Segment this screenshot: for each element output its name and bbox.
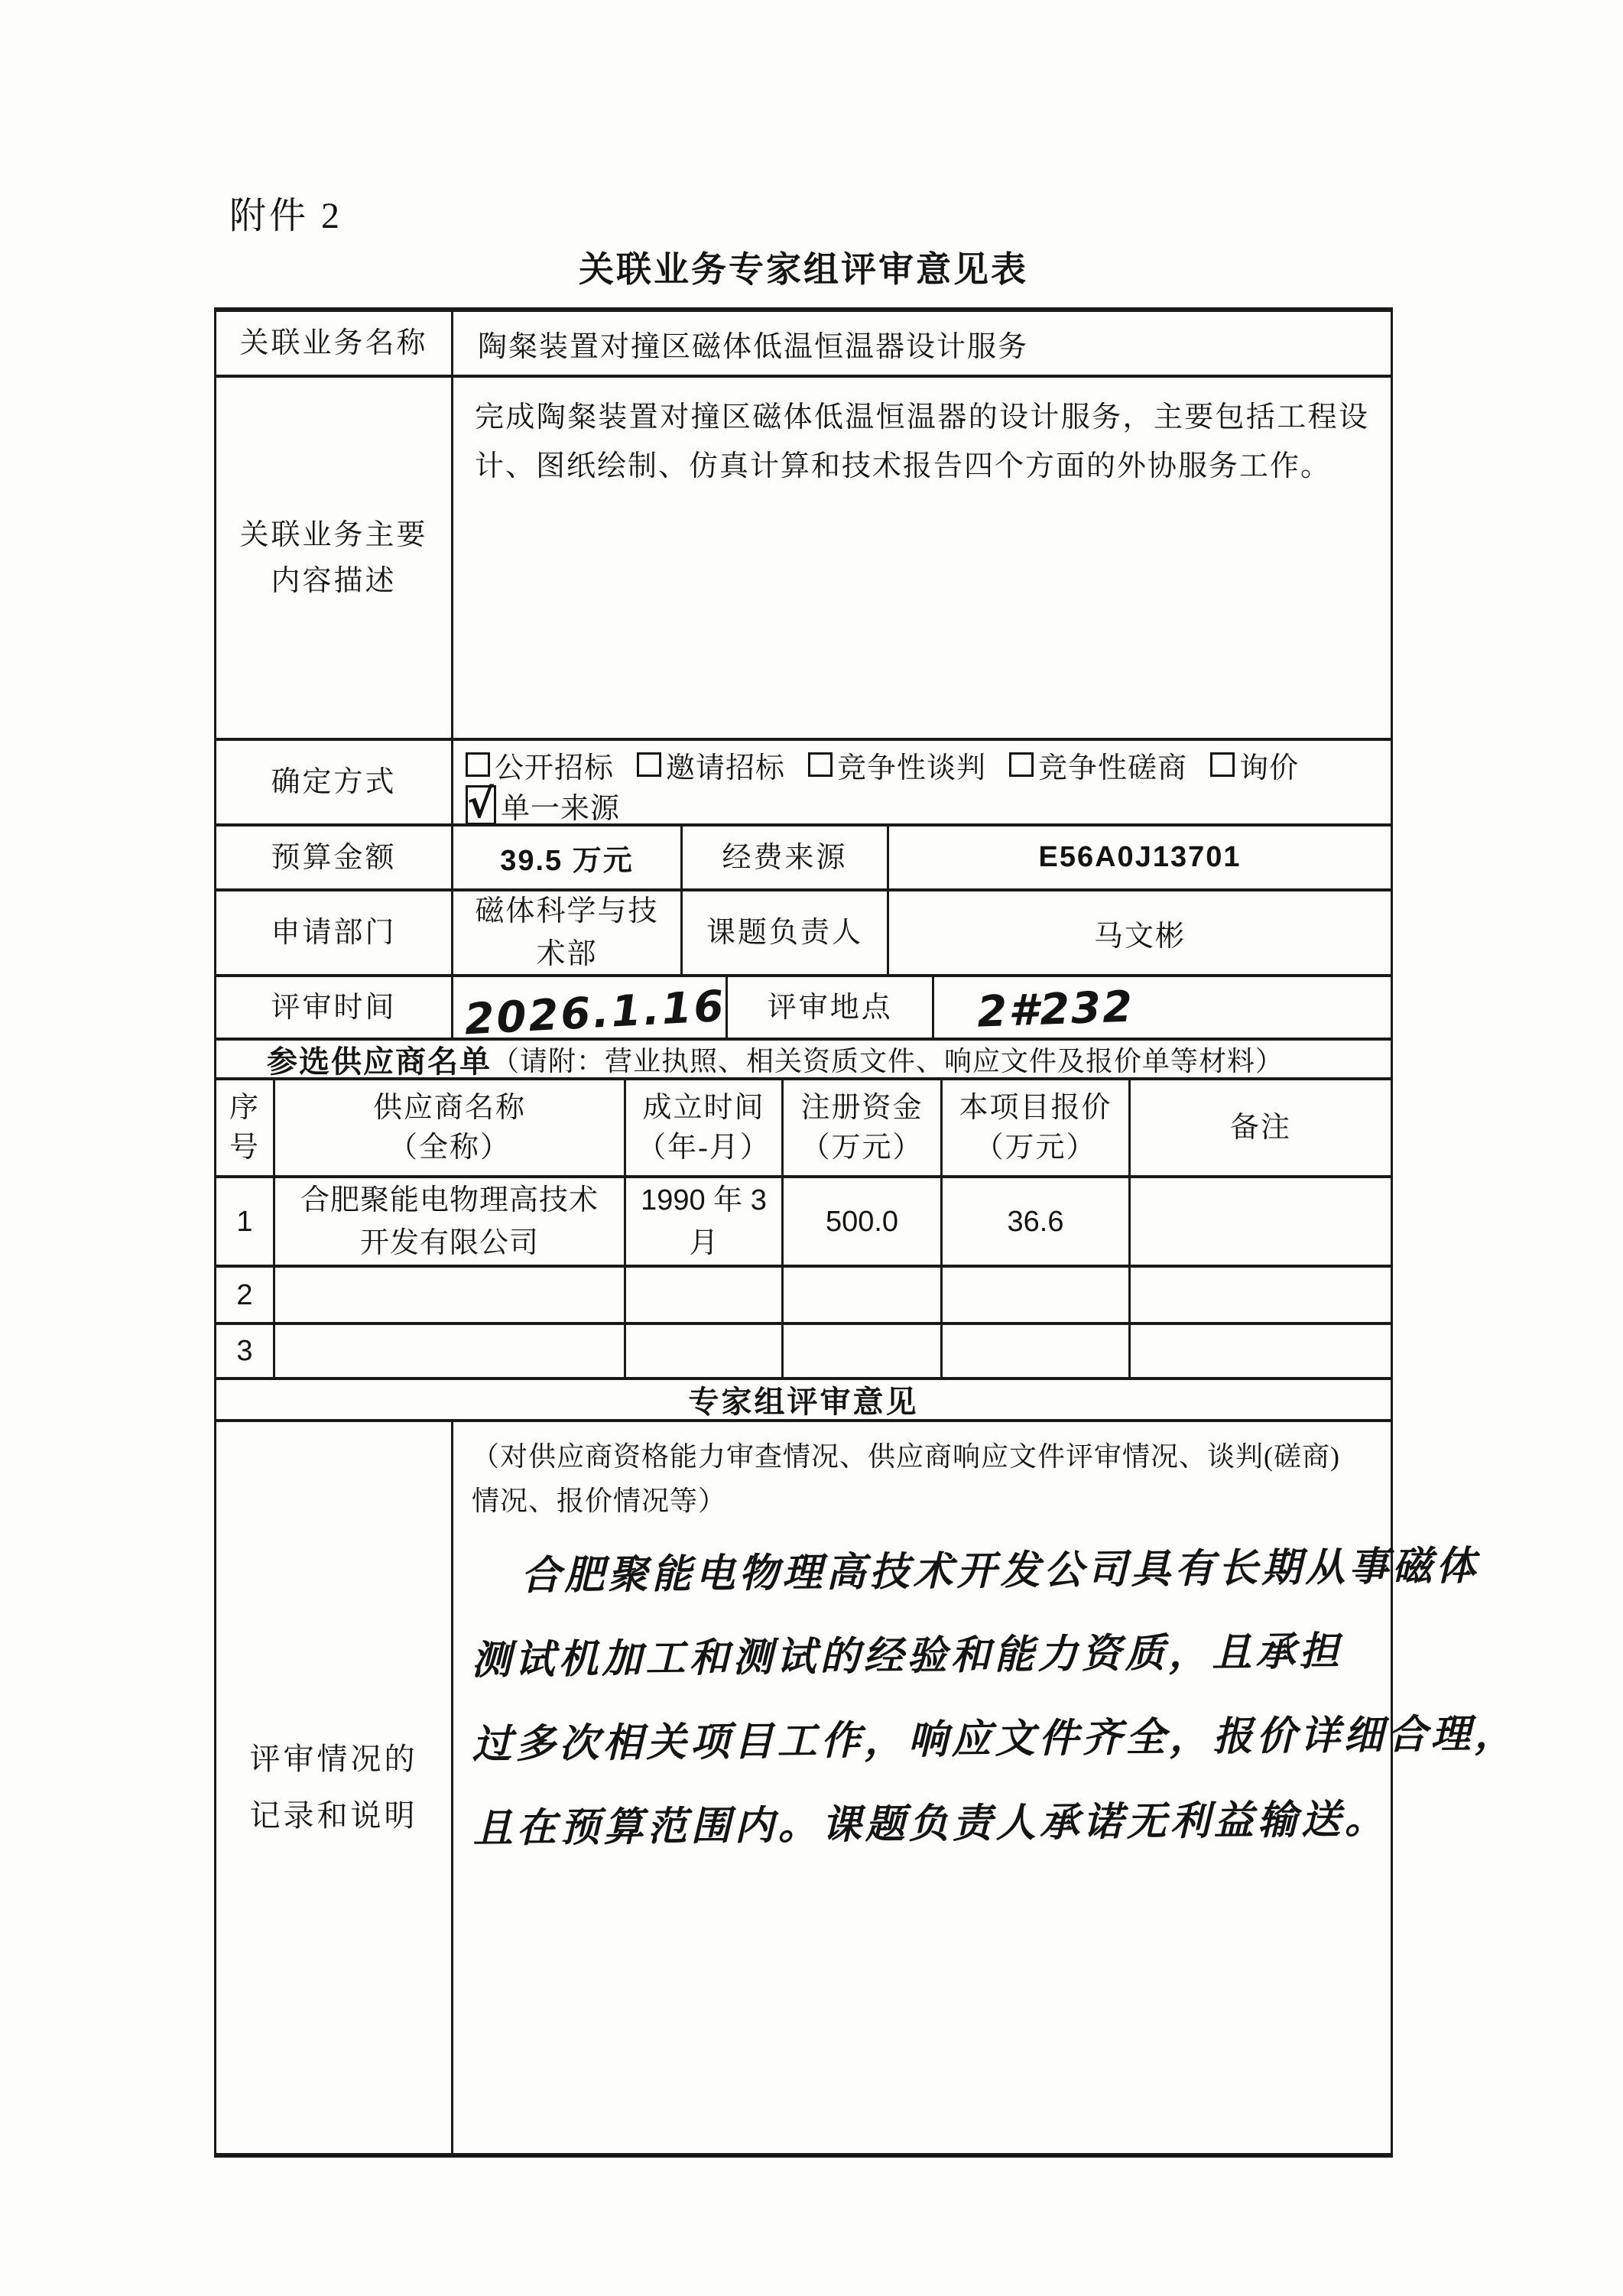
supplier-1-founded: 1990 年 3 月 — [626, 1178, 784, 1265]
business-name-label: 关联业务名称 — [216, 312, 453, 375]
funding-label: 经费来源 — [683, 826, 889, 888]
option-label: 询价 — [1239, 744, 1299, 786]
opinion-section-title: 专家组评审意见 — [216, 1380, 1391, 1419]
option-competitive-negotiation: 竞争性谈判 — [808, 744, 986, 786]
page-title: 关联业务专家组评审意见表 — [214, 242, 1393, 292]
supplier-1-note — [1131, 1178, 1391, 1265]
department-row: 申请部门 磁体科学与技术部 课题负责人 马文彬 — [216, 891, 1391, 977]
supplier-1-bid: 36.6 — [943, 1178, 1131, 1265]
checkbox-unchecked-icon — [1009, 752, 1034, 777]
option-label: 单一来源 — [501, 784, 620, 826]
business-desc-value: 完成陶粲装置对撞区磁体低温恒温器的设计服务，主要包括工程设计、图纸绘制、仿真计算… — [453, 378, 1391, 738]
handwritten-review-date: 2026.1.16 — [453, 982, 727, 1046]
department-value: 磁体科学与技术部 — [453, 891, 683, 974]
opinion-record-body: （对供应商资格能力审查情况、供应商响应文件评审情况、谈判(磋商)情况、报价情况等… — [453, 1422, 1536, 2153]
supplier-3-note — [1131, 1325, 1391, 1377]
method-options: 公开招标 邀请招标 竞争性谈判 竞争性磋商 — [453, 741, 1391, 823]
review-time-label: 评审时间 — [216, 977, 453, 1038]
budget-value: 39.5 万元 — [453, 826, 683, 888]
supplier-2-capital — [784, 1268, 943, 1322]
checkbox-unchecked-icon — [808, 752, 833, 777]
suppliers-section-header: 参选供应商名单 （请附：营业执照、相关资质文件、响应文件及报价单等材料） — [216, 1041, 1391, 1077]
handwritten-line: 且在预算范围内。课题负责人承诺无利益输送。 — [472, 1796, 1519, 1851]
review-time-value: 2026.1.16 — [453, 977, 728, 1038]
department-label: 申请部门 — [216, 891, 453, 974]
supplier-1-capital: 500.0 — [784, 1178, 943, 1265]
option-invited-bidding: 邀请招标 — [637, 744, 785, 786]
header-capital: 注册资金 （万元） — [784, 1080, 943, 1175]
budget-label: 预算金额 — [216, 826, 453, 888]
opinion-printed-note: （对供应商资格能力审查情况、供应商响应文件评审情况、谈判(磋商)情况、报价情况等… — [472, 1434, 1351, 1523]
method-options-line2: √ 单一来源 — [466, 784, 1391, 826]
supplier-3-bid — [943, 1325, 1131, 1377]
handwritten-opinion: 合肥聚能电物理高技术开发公司具有长期从事磁体 测试机加工和测试的经验和能力资质，… — [470, 1544, 1519, 1851]
check-mark-icon: √ — [467, 789, 495, 820]
handwritten-line: 合肥聚能电物理高技术开发公司具有长期从事磁体 — [470, 1544, 1517, 1599]
method-row: 确定方式 公开招标 邀请招标 竞争性谈判 — [216, 741, 1391, 826]
suppliers-section-row: 参选供应商名单 （请附：营业执照、相关资质文件、响应文件及报价单等材料） — [216, 1041, 1391, 1080]
handwritten-review-place: 2#232 — [933, 982, 1134, 1038]
supplier-2-index: 2 — [216, 1268, 275, 1322]
checkbox-unchecked-icon — [637, 752, 661, 777]
supplier-3-founded — [626, 1325, 784, 1377]
supplier-1-name-text: 合肥聚能电物理高技术开发有限公司 — [289, 1179, 610, 1265]
checkbox-unchecked-icon — [1210, 752, 1235, 777]
leader-value: 马文彬 — [889, 891, 1391, 974]
opinion-record-label: 评审情况的 记录和说明 — [216, 1422, 453, 2153]
opinion-section-row: 专家组评审意见 — [216, 1380, 1391, 1422]
checkbox-checked-icon: √ — [466, 785, 496, 825]
supplier-1-index: 1 — [216, 1178, 275, 1265]
option-label: 公开招标 — [495, 744, 614, 786]
supplier-1-name: 合肥聚能电物理高技术开发有限公司 — [275, 1178, 626, 1265]
attachment-label: 附件 2 — [229, 186, 342, 239]
supplier-2-bid — [943, 1268, 1131, 1322]
business-desc-row: 关联业务主要 内容描述 完成陶粲装置对撞区磁体低温恒温器的设计服务，主要包括工程… — [216, 378, 1391, 741]
supplier-row-2: 2 — [216, 1268, 1391, 1325]
header-note: 备注 — [1131, 1080, 1391, 1175]
business-name-value: 陶粲装置对撞区磁体低温恒温器设计服务 — [453, 312, 1391, 375]
option-competitive-consultation: 竞争性磋商 — [1009, 744, 1187, 786]
option-label: 竞争性磋商 — [1038, 744, 1187, 786]
review-place-value: 2#232 — [934, 977, 1391, 1038]
option-inquiry: 询价 — [1210, 744, 1299, 786]
supplier-row-1: 1 合肥聚能电物理高技术开发有限公司 1990 年 3 月 500.0 36.6 — [216, 1178, 1391, 1268]
supplier-3-index: 3 — [216, 1325, 275, 1377]
supplier-2-name — [275, 1268, 626, 1322]
handwritten-line: 测试机加工和测试的经验和能力资质，且承担 — [471, 1628, 1518, 1683]
header-supplier-name: 供应商名称 （全称） — [275, 1080, 626, 1175]
leader-label: 课题负责人 — [683, 891, 889, 974]
method-label: 确定方式 — [216, 741, 453, 823]
supplier-row-3: 3 — [216, 1325, 1391, 1380]
option-label: 竞争性谈判 — [837, 744, 986, 786]
scanned-form-page: 附件 2 关联业务专家组评审意见表 关联业务名称 陶粲装置对撞区磁体低温恒温器设… — [0, 0, 1623, 2296]
budget-row: 预算金额 39.5 万元 经费来源 E56A0J13701 — [216, 826, 1391, 891]
business-desc-label: 关联业务主要 内容描述 — [216, 378, 453, 738]
header-bid: 本项目报价 （万元） — [943, 1080, 1131, 1175]
header-index: 序 号 — [216, 1080, 275, 1175]
suppliers-section-title: 参选供应商名单 — [267, 1038, 492, 1081]
review-time-row: 评审时间 2026.1.16 评审地点 2#232 — [216, 977, 1391, 1041]
method-options-line1: 公开招标 邀请招标 竞争性谈判 竞争性磋商 — [466, 747, 1391, 782]
supplier-3-capital — [784, 1325, 943, 1377]
supplier-3-name — [275, 1325, 626, 1377]
business-name-row: 关联业务名称 陶粲装置对撞区磁体低温恒温器设计服务 — [216, 312, 1391, 378]
supplier-2-note — [1131, 1268, 1391, 1322]
funding-value: E56A0J13701 — [889, 826, 1391, 888]
department-value-text: 磁体科学与技术部 — [471, 890, 664, 976]
suppliers-section-note: （请附：营业执照、相关资质文件、响应文件及报价单等材料） — [492, 1040, 1284, 1079]
option-label: 邀请招标 — [666, 744, 785, 786]
suppliers-header-row: 序 号 供应商名称 （全称） 成立时间 （年-月） 注册资金 （万元） 本项目报… — [216, 1080, 1391, 1178]
option-single-source-selected: √ 单一来源 — [466, 784, 620, 826]
review-form-table: 关联业务名称 陶粲装置对撞区磁体低温恒温器设计服务 关联业务主要 内容描述 完成… — [214, 307, 1393, 2158]
checkbox-unchecked-icon — [466, 752, 490, 777]
opinion-record-row: 评审情况的 记录和说明 （对供应商资格能力审查情况、供应商响应文件评审情况、谈判… — [216, 1422, 1391, 2153]
header-founded: 成立时间 （年-月） — [626, 1080, 784, 1175]
supplier-2-founded — [626, 1268, 784, 1322]
handwritten-line: 过多次相关项目工作，响应文件齐全，报价详细合理， — [472, 1712, 1518, 1767]
supplier-1-founded-text: 1990 年 3 月 — [636, 1179, 772, 1265]
review-place-label: 评审地点 — [728, 977, 934, 1038]
option-public-bidding: 公开招标 — [466, 744, 614, 786]
